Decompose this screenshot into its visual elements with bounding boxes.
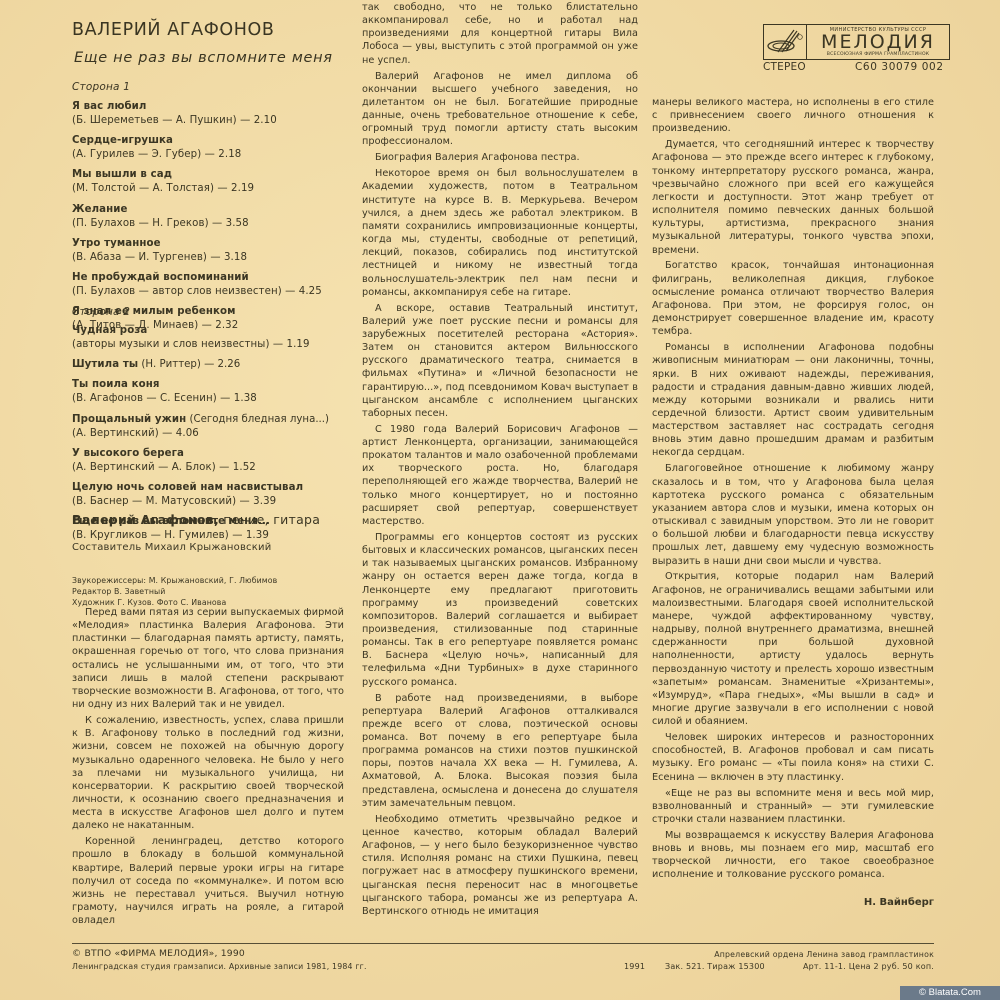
footer-divider xyxy=(72,943,934,944)
liner-paragraph: Валерий Агафонов не имел диплома об окон… xyxy=(362,70,638,149)
track-credit: (А. Вертинский) — 4.06 xyxy=(72,427,347,441)
liner-paragraph: В работе над произведениями, в выборе ре… xyxy=(362,692,638,810)
track-title: Мы вышли в сад xyxy=(72,169,172,180)
track-item: Желание(П. Булахов — Н. Греков) — 3.58 xyxy=(72,200,347,231)
track-item: Ты поила коня(В. Агафонов — С. Есенин) —… xyxy=(72,375,347,406)
side-1-label: Сторона 1 xyxy=(72,81,130,93)
liner-paragraph: Человек широких интересов и разносторонн… xyxy=(652,731,934,784)
catalog-number: С60 30079 002 xyxy=(855,61,944,73)
track-credit: (В. Абаза — И. Тургенев) — 3.18 xyxy=(72,251,347,265)
performer-name: Валерий Агафонов, xyxy=(72,512,219,527)
tracklist-side-1: Я вас любил(Б. Шереметьев — А. Пушкин) —… xyxy=(72,97,347,336)
liner-paragraph: «Еще не раз вы вспомните меня и весь мой… xyxy=(652,787,934,826)
studio-notice: Ленинградская студия грамзаписи. Архивны… xyxy=(72,962,367,971)
crew-credits: Звукорежиссеры: М. Крыжановский, Г. Люби… xyxy=(72,575,277,608)
track-credit: (П. Булахов — Н. Греков) — 3.58 xyxy=(72,217,347,231)
melodiya-logo: МИНИСТЕРСТВО КУЛЬТУРЫ СССР МЕЛОДИЯ ВСЕСО… xyxy=(763,24,950,60)
liner-paragraph: Романсы в исполнении Агафонова подобны ж… xyxy=(652,341,934,459)
track-subtitle: (Сегодня бледная луна...) xyxy=(186,414,329,425)
liner-paragraph: Необходимо отметить чрезвычайно редкое и… xyxy=(362,813,638,918)
track-credit: (В. Агафонов — С. Есенин) — 1.38 xyxy=(72,392,347,406)
liner-paragraph: Богатство красок, тончайшая интонационна… xyxy=(652,259,934,338)
track-subtitle: (Н. Риттер) — 2.26 xyxy=(138,359,240,370)
liner-paragraph: манеры великого мастера, но исполнены в … xyxy=(652,96,934,135)
side-2-label: Сторона 2 xyxy=(72,306,130,318)
album-title: Еще не раз вы вспомните меня xyxy=(74,50,333,66)
track-credit: (Б. Шереметьев — А. Пушкин) — 2.10 xyxy=(72,114,347,128)
price-info: Арт. 11-1. Цена 2 руб. 50 коп. xyxy=(790,962,934,971)
track-credit: (А. Вертинский — А. Блок) — 1.52 xyxy=(72,461,347,475)
label-subline: ВСЕСОЮЗНАЯ ФИРМА ГРАМПЛАСТИНОК xyxy=(827,52,929,58)
track-title: Прощальный ужин xyxy=(72,414,186,425)
track-title: Чудная роза xyxy=(72,325,147,336)
liner-paragraph: Перед вами пятая из серии выпускаемых фи… xyxy=(72,606,344,711)
track-item: Прощальный ужин (Сегодня бледная луна...… xyxy=(72,410,347,441)
liner-paragraph: Биография Валерия Агафонова пестра. xyxy=(362,151,638,164)
track-item: Мы вышли в сад(М. Толстой — А. Толстая) … xyxy=(72,165,347,196)
track-item: Не пробуждай воспоминаний(П. Булахов — а… xyxy=(72,268,347,299)
track-title: У высокого берега xyxy=(72,448,184,459)
track-title: Целую ночь соловей нам насвистывал xyxy=(72,482,303,493)
compiler-credit: Составитель Михаил Крыжановский xyxy=(72,542,271,553)
stereo-mark: СТЕРЕО xyxy=(763,61,806,73)
pressing-plant: Апрелевский ордена Ленина завод грамплас… xyxy=(700,950,934,959)
track-item: У высокого берега(А. Вертинский — А. Бло… xyxy=(72,444,347,475)
track-title: Желание xyxy=(72,204,128,215)
track-item: Я вас любил(Б. Шереметьев — А. Пушкин) —… xyxy=(72,97,347,128)
engineers-credit: Звукорежиссеры: М. Крыжановский, Г. Люби… xyxy=(72,575,277,586)
track-credit: (В. Баснер — М. Матусовский) — 3.39 xyxy=(72,495,347,509)
liner-paragraph: Думается, что сегодняшний интерес к твор… xyxy=(652,138,934,256)
performer-role: пение, гитара xyxy=(219,512,320,527)
track-credit: (М. Толстой — А. Толстая) — 2.19 xyxy=(72,182,347,196)
performer-credit: Валерий Агафонов, пение, гитара xyxy=(72,512,320,527)
track-credit: (авторы музыки и слов неизвестны) — 1.19 xyxy=(72,338,347,352)
label-name: МЕЛОДИЯ xyxy=(821,33,935,52)
editor-credit: Редактор В. Заветный xyxy=(72,586,277,597)
order-run: Зак. 521. Тираж 15300 xyxy=(665,962,765,971)
track-item: Сердце-игрушка(А. Гурилев — Э. Губер) — … xyxy=(72,131,347,162)
track-item: Чудная роза(авторы музыки и слов неизвес… xyxy=(72,321,347,352)
track-title: Я вас любил xyxy=(72,101,146,112)
artist-name: ВАЛЕРИЙ АГАФОНОВ xyxy=(72,20,274,40)
track-credit: (П. Булахов — автор слов неизвестен) — 4… xyxy=(72,285,347,299)
author-signature: Н. Вайнберг xyxy=(652,897,934,908)
liner-paragraph: Открытия, которые подарил нам Валерий Аг… xyxy=(652,570,934,728)
liner-paragraph: С 1980 года Валерий Борисович Агафонов —… xyxy=(362,423,638,528)
watermark: © Blatata.Com xyxy=(900,986,1000,1000)
liner-paragraph: А вскоре, оставив Театральный институт, … xyxy=(362,302,638,420)
liner-paragraph: так свободно, что не только блистательно… xyxy=(362,1,638,67)
print-year: 1991 xyxy=(624,962,645,971)
track-title: Шутила ты xyxy=(72,359,138,370)
melodiya-logo-icon xyxy=(764,25,807,59)
track-item: Целую ночь соловей нам насвистывал(В. Ба… xyxy=(72,478,347,509)
liner-paragraph: Коренной ленинградец, детство которого п… xyxy=(72,835,344,927)
liner-paragraph: К сожалению, известность, успех, слава п… xyxy=(72,714,344,832)
liner-paragraph: Мы возвращаемся к искусству Валерия Агаф… xyxy=(652,829,934,882)
liner-paragraph: Некоторое время он был вольнослушателем … xyxy=(362,167,638,299)
track-title: Ты поила коня xyxy=(72,379,160,390)
copyright-notice: © ВТПО «ФИРМА МЕЛОДИЯ», 1990 xyxy=(72,948,245,959)
liner-paragraph: Благоговейное отношение к любимому жанру… xyxy=(652,462,934,567)
track-credit: (А. Гурилев — Э. Губер) — 2.18 xyxy=(72,148,347,162)
track-title: Сердце-игрушка xyxy=(72,135,173,146)
track-item: Утро туманное(В. Абаза — И. Тургенев) — … xyxy=(72,234,347,265)
track-item: Шутила ты (Н. Риттер) — 2.26 xyxy=(72,355,347,372)
track-title: Утро туманное xyxy=(72,238,161,249)
track-title: Не пробуждай воспоминаний xyxy=(72,272,249,283)
liner-paragraph: Программы его концертов состоят из русск… xyxy=(362,531,638,689)
